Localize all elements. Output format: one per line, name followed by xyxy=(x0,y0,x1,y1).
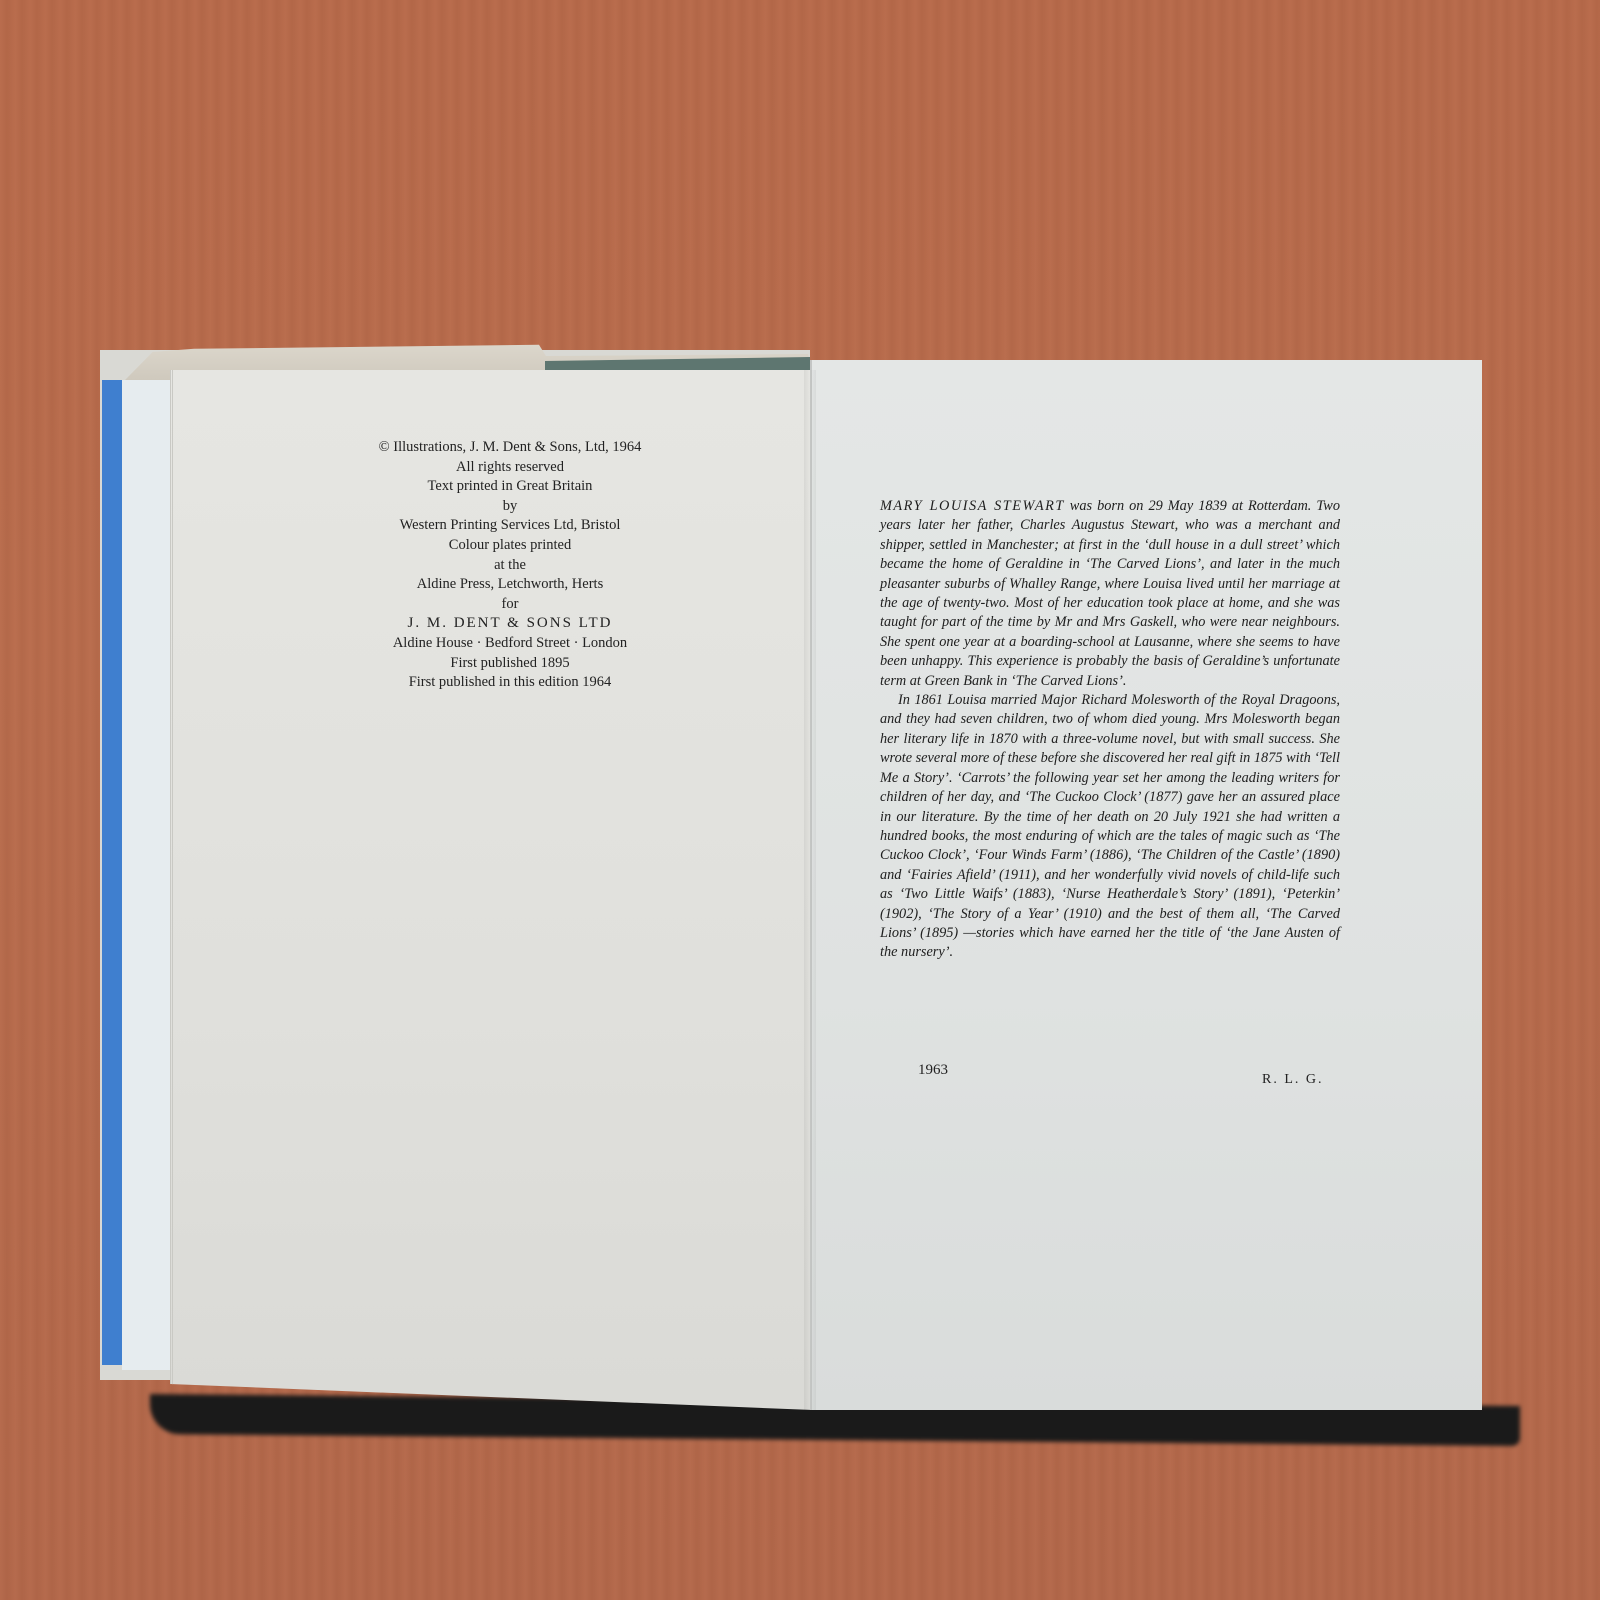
bio-paragraph-2: In 1861 Louisa married Major Richard Mol… xyxy=(880,691,1340,963)
imprint-line: © Illustrations, J. M. Dent & Sons, Ltd,… xyxy=(340,438,680,458)
imprint-line: by xyxy=(340,497,680,517)
jacket-flap xyxy=(122,380,172,1370)
imprint-line: Aldine Press, Letchworth, Herts xyxy=(340,575,680,595)
signature-year: 1963 xyxy=(918,1062,948,1079)
imprint-line: at the xyxy=(340,556,680,576)
imprint-line: Aldine House · Bedford Street · London xyxy=(340,634,680,654)
book-gutter xyxy=(804,370,816,1410)
bio-lead-name: MARY LOUISA STEWART xyxy=(880,498,1065,514)
bio-paragraph-1: MARY LOUISA STEWART was born on 29 May 1… xyxy=(880,497,1340,691)
jacket-blue-stripe xyxy=(102,380,122,1365)
biography-text: MARY LOUISA STEWART was born on 29 May 1… xyxy=(880,497,1340,963)
bio-paragraph-1-text: was born on 29 May 1839 at Rotterdam. Tw… xyxy=(880,498,1340,689)
imprint-line: First published in this edition 1964 xyxy=(340,673,680,693)
imprint-line: for xyxy=(340,595,680,615)
imprint-line: Text printed in Great Britain xyxy=(340,477,680,497)
imprint-line: Western Printing Services Ltd, Bristol xyxy=(340,516,680,536)
imprint-block: © Illustrations, J. M. Dent & Sons, Ltd,… xyxy=(340,438,680,693)
imprint-line: First published 1895 xyxy=(340,654,680,674)
imprint-line: Colour plates printed xyxy=(340,536,680,556)
imprint-line: All rights reserved xyxy=(340,458,680,478)
publisher-name: J. M. DENT & SONS LTD xyxy=(340,614,680,634)
author-initials: R. L. G. xyxy=(1262,1072,1324,1088)
